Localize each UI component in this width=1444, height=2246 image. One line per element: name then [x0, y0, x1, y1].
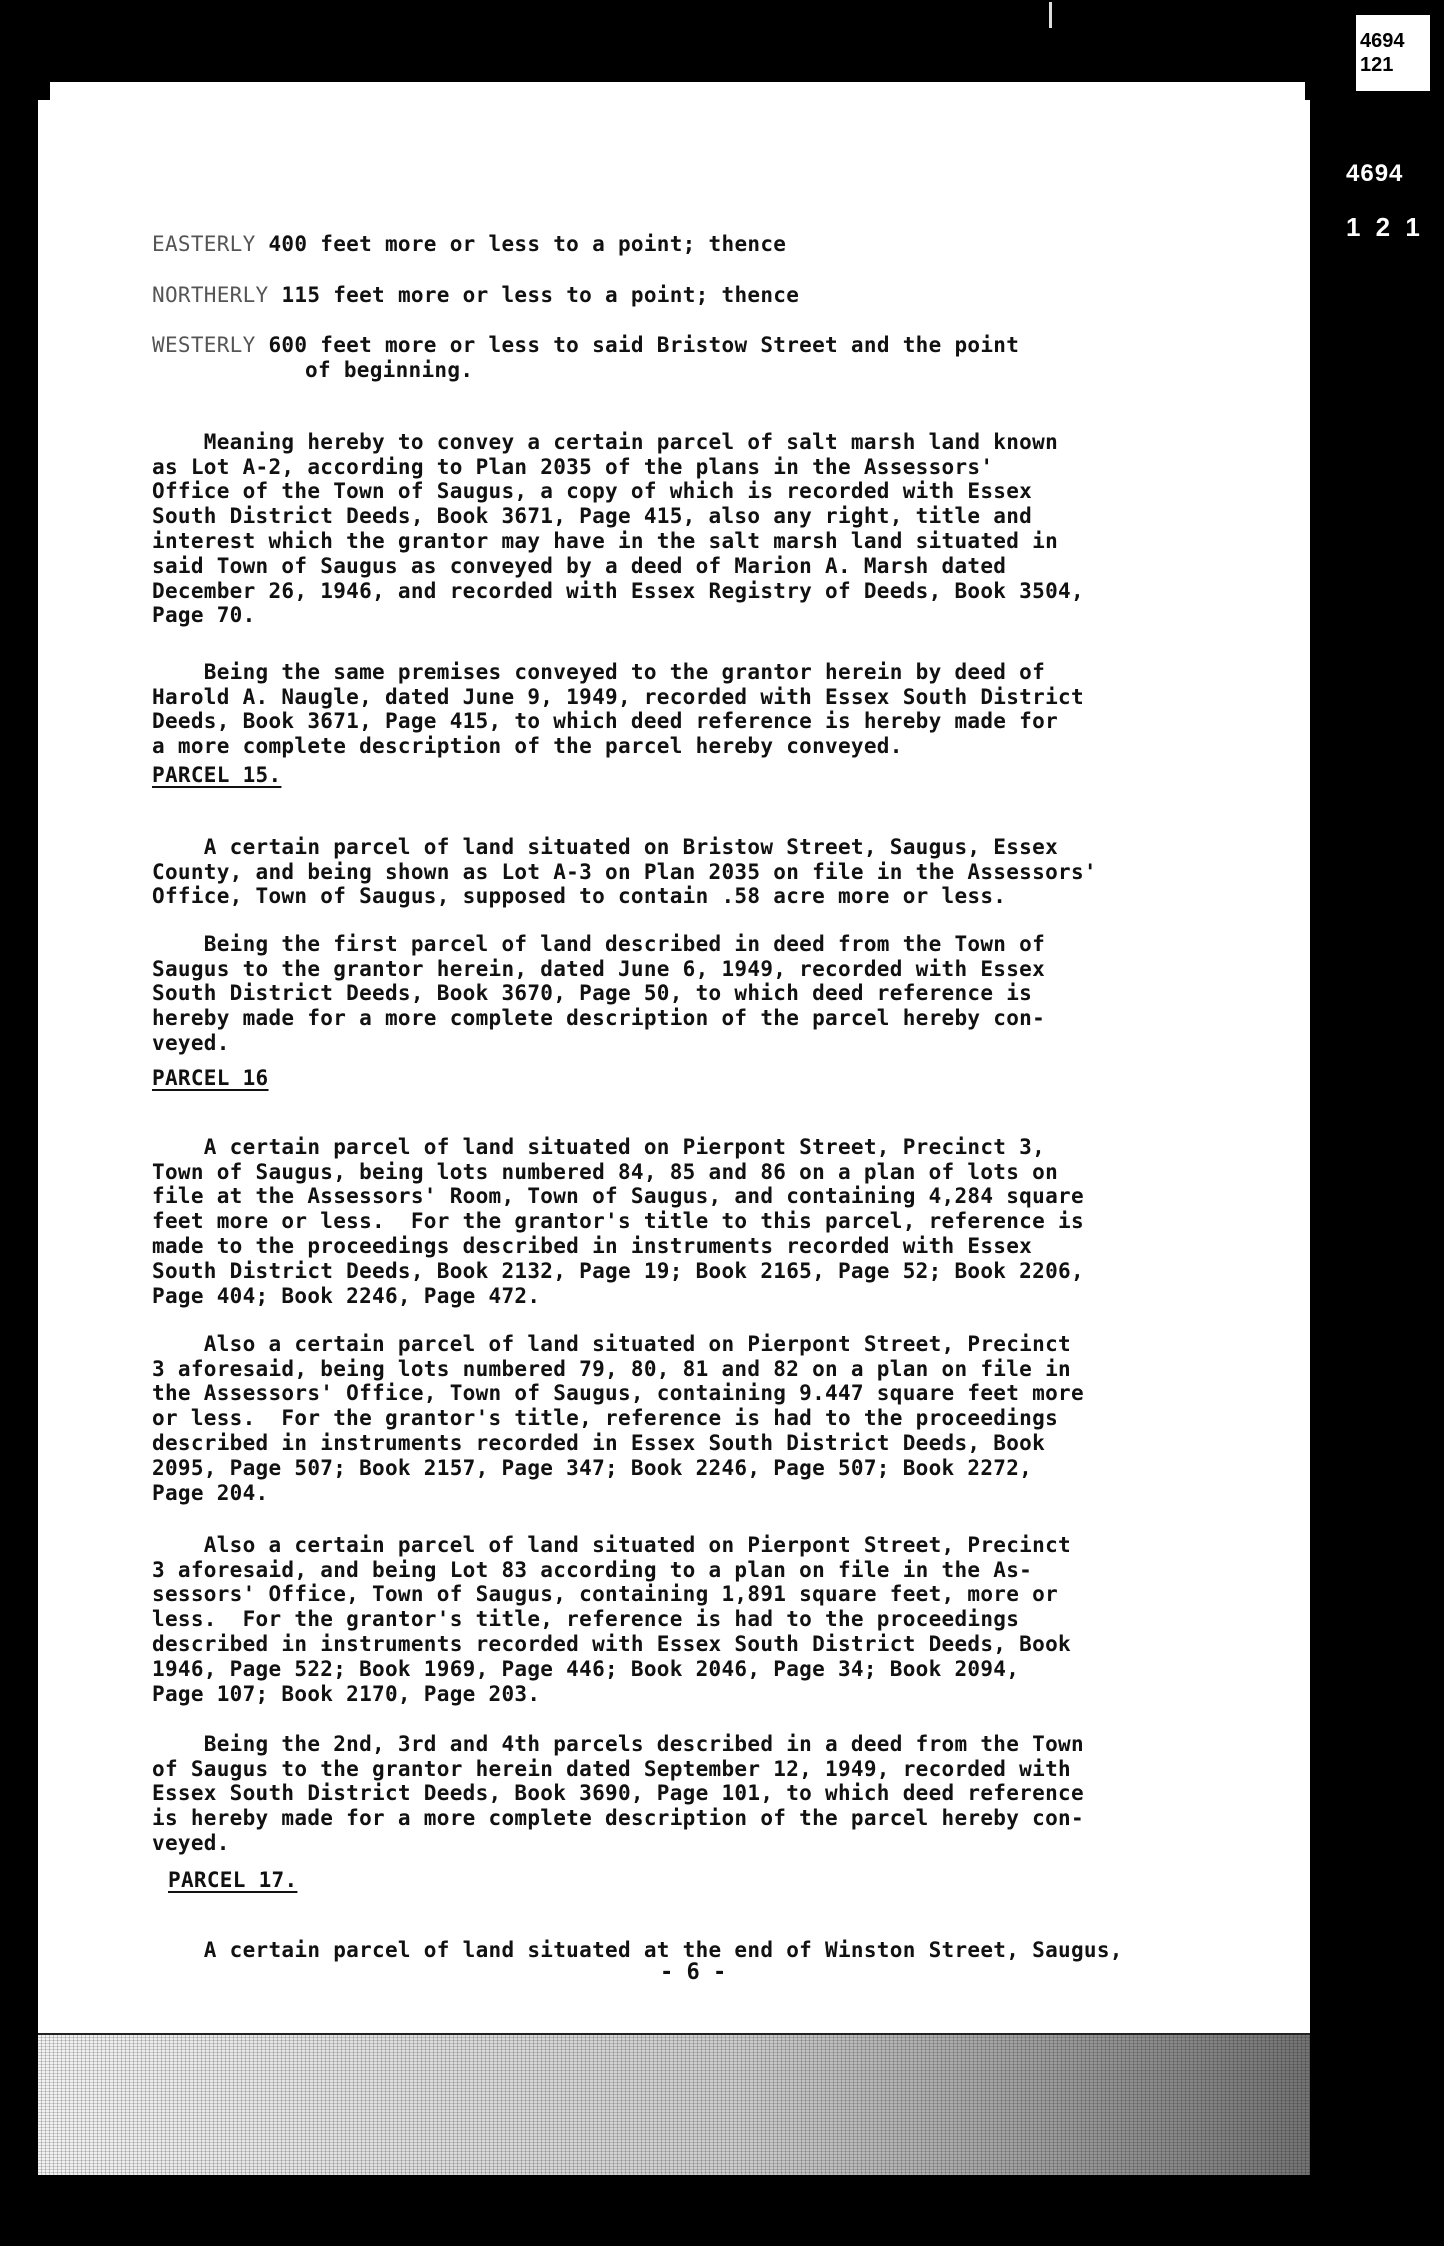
line: described in instruments recorded with E…: [152, 1632, 1071, 1657]
line: Page 107; Book 2170, Page 203.: [152, 1682, 1071, 1707]
line: A certain parcel of land situated on Pie…: [152, 1135, 1084, 1160]
line: Page 70.: [152, 603, 1084, 628]
parcel-17-heading: PARCEL 17.: [168, 1868, 297, 1893]
boundary-text: 600 feet more or less to said Bristow St…: [256, 333, 1020, 357]
line: Saugus to the grantor herein, dated June…: [152, 957, 1045, 982]
line: a more complete description of the parce…: [152, 734, 1084, 759]
parcel-16-paragraph-4: Being the 2nd, 3rd and 4th parcels descr…: [152, 1707, 1084, 1881]
boundary-westerly: WESTERLY 600 feet more or less to said B…: [152, 333, 1019, 358]
line: of Saugus to the grantor herein dated Se…: [152, 1757, 1084, 1782]
line: made to the proceedings described in ins…: [152, 1234, 1084, 1259]
parcel-16-heading: PARCEL 16: [152, 1066, 269, 1091]
parcel-16-paragraph-3: Also a certain parcel of land situated o…: [152, 1508, 1071, 1731]
line: Harold A. Naugle, dated June 9, 1949, re…: [152, 685, 1084, 710]
scan-artifact: [1049, 2, 1052, 28]
direction-label: EASTERLY: [152, 232, 256, 256]
direction-label: WESTERLY: [152, 333, 256, 357]
line: is hereby made for a more complete descr…: [152, 1806, 1084, 1831]
line: the Assessors' Office, Town of Saugus, c…: [152, 1381, 1084, 1406]
line: Page 204.: [152, 1481, 1084, 1506]
page-number-label: 1 2 1: [1346, 212, 1424, 243]
boundary-continuation: of beginning.: [305, 358, 473, 383]
line: 2095, Page 507; Book 2157, Page 347; Boo…: [152, 1456, 1084, 1481]
line: veyed.: [152, 1031, 1045, 1056]
boundary-text: 115 feet more or less to a point; thence: [281, 283, 799, 307]
line: A certain parcel of land situated at the…: [152, 1938, 1123, 1963]
line: Meaning hereby to convey a certain parce…: [152, 430, 1084, 455]
line: South District Deeds, Book 2132, Page 19…: [152, 1259, 1084, 1284]
scan-noise-band: [38, 2033, 1310, 2175]
paragraph-being-same: Being the same premises conveyed to the …: [152, 635, 1084, 784]
line: South District Deeds, Book 3671, Page 41…: [152, 504, 1084, 529]
line: or less. For the grantor's title, refere…: [152, 1406, 1084, 1431]
boundary-easterly: EASTERLY 400 feet more or less to a poin…: [152, 232, 786, 257]
line: December 26, 1946, and recorded with Ess…: [152, 579, 1084, 604]
book-page-stamp: 4694 121: [1356, 15, 1430, 91]
line: Also a certain parcel of land situated o…: [152, 1332, 1084, 1357]
line: file at the Assessors' Room, Town of Sau…: [152, 1184, 1084, 1209]
line: as Lot A-2, according to Plan 2035 of th…: [152, 455, 1084, 480]
line: Being the same premises conveyed to the …: [152, 660, 1084, 685]
boundary-text: 400 feet more or less to a point; thence: [256, 232, 787, 256]
stamp-page-number: 121: [1360, 53, 1430, 77]
line: Office of the Town of Saugus, a copy of …: [152, 479, 1084, 504]
line: A certain parcel of land situated on Bri…: [152, 835, 1097, 860]
parcel-15-heading: PARCEL 15.: [152, 763, 281, 788]
parcel-15-paragraph-2: Being the first parcel of land described…: [152, 907, 1045, 1081]
line: 1946, Page 522; Book 1969, Page 446; Boo…: [152, 1657, 1071, 1682]
line: interest which the grantor may have in t…: [152, 529, 1084, 554]
line: sessors' Office, Town of Saugus, contain…: [152, 1582, 1071, 1607]
parcel-16-paragraph-1: A certain parcel of land situated on Pie…: [152, 1110, 1084, 1333]
line: 3 aforesaid, being lots numbered 79, 80,…: [152, 1357, 1084, 1382]
line: Deeds, Book 3671, Page 415, to which dee…: [152, 709, 1084, 734]
line: County, and being shown as Lot A-3 on Pl…: [152, 860, 1097, 885]
direction-label: NORTHERLY: [152, 283, 269, 307]
line: feet more or less. For the grantor's tit…: [152, 1209, 1084, 1234]
line: Office, Town of Saugus, supposed to cont…: [152, 884, 1097, 909]
line: hereby made for a more complete descript…: [152, 1006, 1045, 1031]
parcel-16-paragraph-2: Also a certain parcel of land situated o…: [152, 1307, 1084, 1530]
line: Town of Saugus, being lots numbered 84, …: [152, 1160, 1084, 1185]
line: South District Deeds, Book 3670, Page 50…: [152, 981, 1045, 1006]
page-footer-number: - 6 -: [660, 1960, 726, 1985]
parcel-17-paragraph-1: A certain parcel of land situated at the…: [152, 1913, 1123, 1987]
line: Also a certain parcel of land situated o…: [152, 1533, 1071, 1558]
stamp-book-number: 4694: [1360, 29, 1430, 53]
boundary-northerly: NORTHERLY 115 feet more or less to a poi…: [152, 283, 799, 308]
line: 3 aforesaid, and being Lot 83 according …: [152, 1558, 1071, 1583]
line: described in instruments recorded in Ess…: [152, 1431, 1084, 1456]
line: less. For the grantor's title, reference…: [152, 1607, 1071, 1632]
book-number-label: 4694: [1346, 160, 1403, 188]
line: Being the 2nd, 3rd and 4th parcels descr…: [152, 1732, 1084, 1757]
line: veyed.: [152, 1831, 1084, 1856]
paragraph-meaning: Meaning hereby to convey a certain parce…: [152, 405, 1084, 653]
line: Essex South District Deeds, Book 3690, P…: [152, 1781, 1084, 1806]
line: Page 404; Book 2246, Page 472.: [152, 1284, 1084, 1309]
line: said Town of Saugus as conveyed by a dee…: [152, 554, 1084, 579]
line: Being the first parcel of land described…: [152, 932, 1045, 957]
